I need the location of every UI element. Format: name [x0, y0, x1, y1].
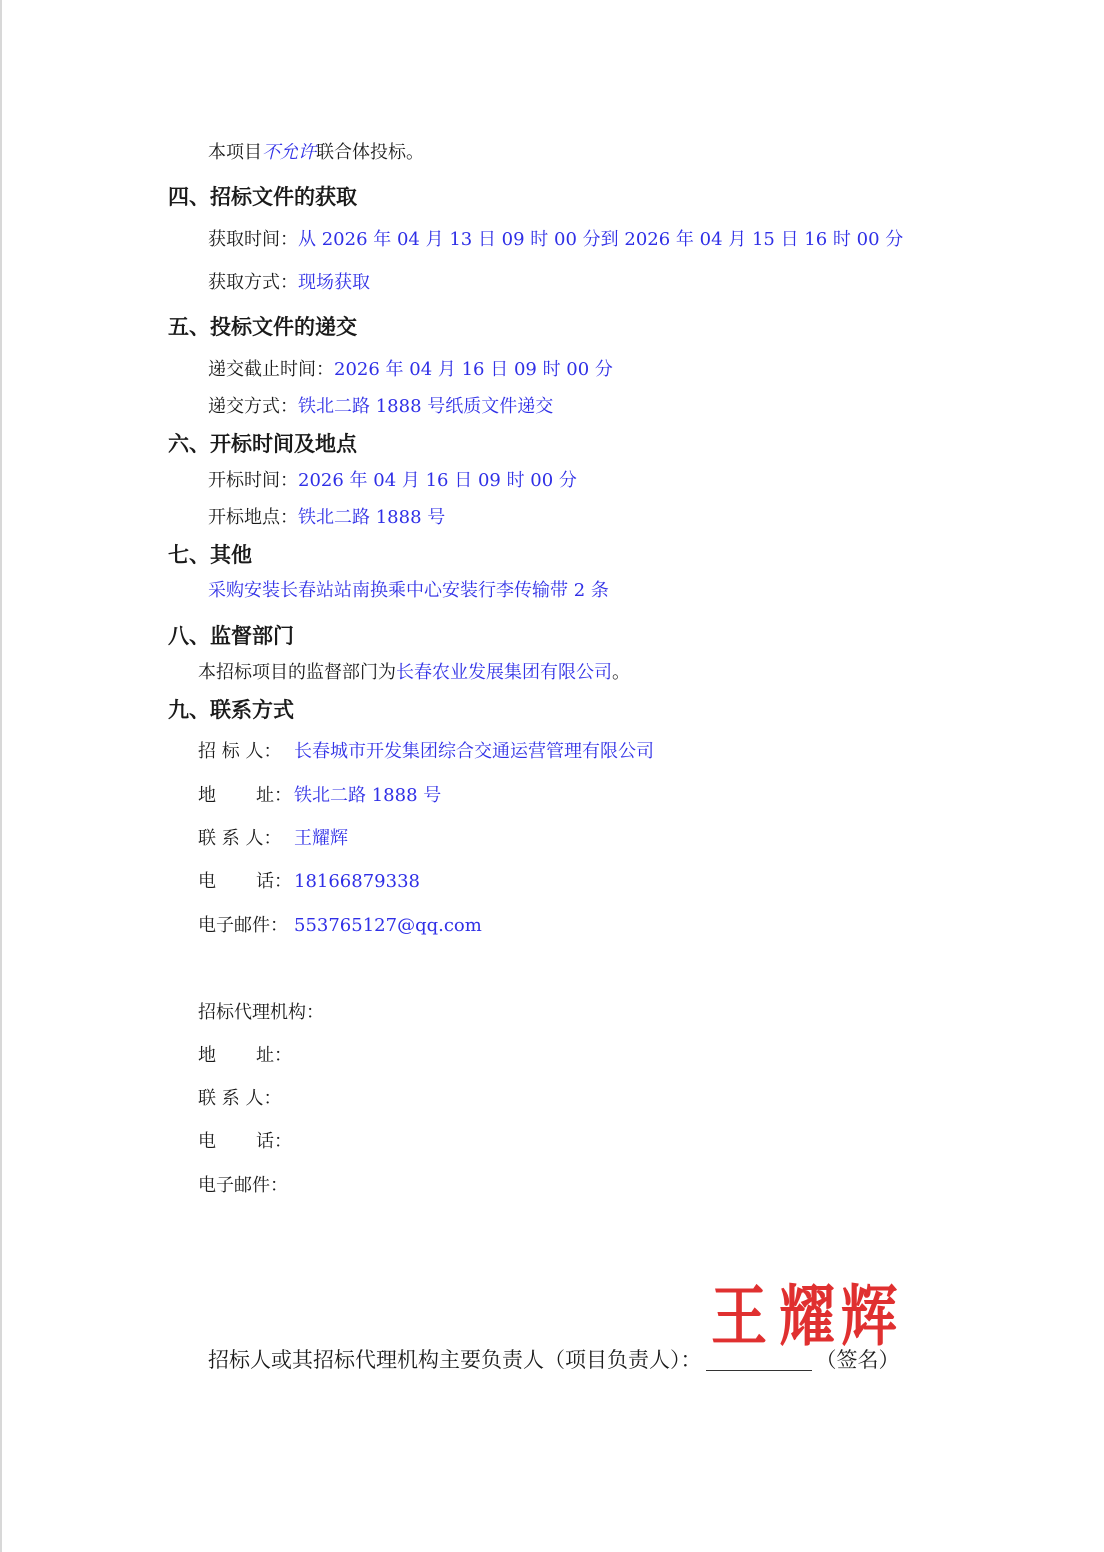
- supervision-prefix: 本招标项目的监督部门为: [198, 662, 396, 683]
- supervision-paragraph: 本招标项目的监督部门为长春农业发展集团有限公司。: [198, 661, 630, 685]
- agency-contact-label: 联 系 人：: [198, 1088, 281, 1109]
- tenderer-email-row: 电子邮件：553765127@qq.com: [198, 914, 482, 938]
- acquire-method-label: 获取方式：: [208, 272, 298, 293]
- section-6-title: 六、开标时间及地点: [168, 430, 357, 458]
- tenderer-row: 招 标 人：长春城市开发集团综合交通运营管理有限公司: [198, 740, 654, 764]
- opening-place: 开标地点：铁北二路 1888 号: [208, 506, 445, 530]
- tenderer-address-value: 铁北二路 1888 号: [294, 785, 441, 806]
- signature-label: 招标人或其招标代理机构主要负责人（项目负责人）：: [208, 1348, 702, 1372]
- acquire-method: 获取方式：现场获取: [208, 271, 370, 295]
- agency-label: 招标代理机构：: [198, 1002, 324, 1023]
- signature-stamp-char-1: 王: [711, 1282, 767, 1352]
- submit-deadline-label: 递交截止时间：: [208, 359, 334, 380]
- agency-contact-row: 联 系 人：: [198, 1087, 281, 1111]
- tenderer-email-value[interactable]: 553765127@qq.com: [294, 915, 482, 936]
- opening-place-label: 开标地点：: [208, 507, 298, 528]
- tenderer-phone-label: 电 话：: [198, 870, 294, 894]
- tenderer-address-label: 地 址：: [198, 784, 294, 808]
- tenderer-label: 招 标 人：: [198, 740, 294, 764]
- tenderer-address-row: 地 址：铁北二路 1888 号: [198, 784, 441, 808]
- tenderer-contact-row: 联 系 人：王耀辉: [198, 827, 348, 851]
- supervision-suffix: 。: [612, 662, 630, 683]
- section-7-title: 七、其他: [168, 541, 252, 569]
- tenderer-phone-row: 电 话：18166879338: [198, 870, 420, 894]
- page-left-edge: [0, 0, 2, 1552]
- submit-method-label: 递交方式：: [208, 396, 298, 417]
- tenderer-email-label: 电子邮件：: [198, 914, 294, 938]
- agency-phone-label: 电 话：: [198, 1131, 292, 1152]
- tenderer-contact-label: 联 系 人：: [198, 827, 294, 851]
- acquire-time: 获取时间：从 2026 年 04 月 13 日 09 时 00 分到 2026 …: [208, 228, 903, 252]
- intro-highlight: 不允许: [262, 142, 316, 163]
- agency-address-row: 地 址：: [198, 1044, 292, 1068]
- agency-phone-row: 电 话：: [198, 1130, 292, 1154]
- opening-time-value: 2026 年 04 月 16 日 09 时 00 分: [298, 470, 577, 491]
- submit-method-value: 铁北二路 1888 号纸质文件递交: [298, 396, 553, 417]
- signature-line: 招标人或其招标代理机构主要负责人（项目负责人）：（签名）: [208, 1346, 900, 1374]
- submit-method: 递交方式：铁北二路 1888 号纸质文件递交: [208, 395, 553, 419]
- signature-stamp-char-2: 耀: [779, 1282, 835, 1352]
- other-content: 采购安装长春站站南换乘中心安装行李传输带 2 条: [208, 579, 609, 603]
- tenderer-phone-value: 18166879338: [294, 871, 420, 892]
- agency-email-row: 电子邮件：: [198, 1174, 288, 1198]
- opening-time-label: 开标时间：: [208, 470, 298, 491]
- section-8-title: 八、监督部门: [168, 622, 294, 650]
- supervision-dept: 长春农业发展集团有限公司: [396, 662, 612, 683]
- submit-deadline-value: 2026 年 04 月 16 日 09 时 00 分: [334, 359, 613, 380]
- signature-blank: [706, 1348, 812, 1371]
- intro-suffix: 联合体投标。: [316, 142, 424, 163]
- acquire-method-value: 现场获取: [298, 272, 370, 293]
- tenderer-value: 长春城市开发集团综合交通运营管理有限公司: [294, 741, 654, 762]
- opening-place-value: 铁北二路 1888 号: [298, 507, 445, 528]
- section-4-title: 四、招标文件的获取: [168, 183, 357, 211]
- intro-prefix: 本项目: [208, 142, 262, 163]
- acquire-time-value: 从 2026 年 04 月 13 日 09 时 00 分到 2026 年 04 …: [298, 229, 903, 250]
- agency-email-label: 电子邮件：: [198, 1175, 288, 1196]
- agency-address-label: 地 址：: [198, 1045, 292, 1066]
- signature-suffix: （签名）: [816, 1348, 900, 1372]
- acquire-time-label: 获取时间：: [208, 229, 298, 250]
- section-9-title: 九、联系方式: [168, 696, 294, 724]
- agency-row: 招标代理机构：: [198, 1001, 324, 1025]
- tenderer-contact-value: 王耀辉: [294, 828, 348, 849]
- signature-stamp-char-3: 辉: [841, 1282, 897, 1352]
- intro-paragraph: 本项目不允许联合体投标。: [208, 141, 424, 165]
- opening-time: 开标时间：2026 年 04 月 16 日 09 时 00 分: [208, 469, 577, 493]
- section-5-title: 五、投标文件的递交: [168, 313, 357, 341]
- submit-deadline: 递交截止时间：2026 年 04 月 16 日 09 时 00 分: [208, 358, 613, 382]
